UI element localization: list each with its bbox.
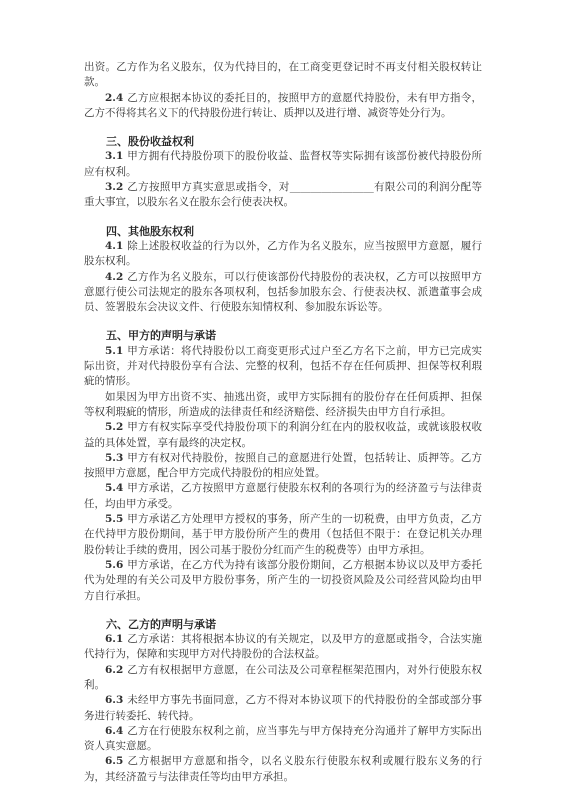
paragraph-continuation-2-3: 出资。乙方作为名义股东，仅为代持目的，在工商变更登记时不再支付相关股权转让款。 [84,60,482,91]
clause-5-6-number: 5.6 [105,559,123,571]
clause-6-5: 6.5乙方根据甲方意愿和指令，以名义股东行使股东权利或履行股东义务的行为，其经济… [84,754,482,785]
clause-6-3-number: 6.3 [105,694,123,706]
clause-5-6: 5.6甲方承诺，在乙方代为持有该部分股份期间，乙方根据本协议以及甲方委托代为处理… [84,558,482,604]
clause-2-4-number: 2.4 [105,92,123,104]
clause-5-1: 5.1甲方承诺：将代持股份以工商变更形式过户至乙方名下之前，甲方已完成实际出资，… [84,344,482,390]
clause-6-2-number: 6.2 [105,664,123,676]
clause-6-1-number: 6.1 [105,633,123,645]
clause-5-3-number: 5.3 [105,452,123,464]
clause-3-2-number: 3.2 [105,181,123,193]
clause-5-4-text: 甲方承诺，乙方按照甲方意愿行使股东权利的各项行为的经济盈亏与法律责任，均由甲方承… [84,482,482,509]
clause-6-5-number: 6.5 [105,755,123,767]
section-heading-5-party-a-declarations: 五、甲方的声明与承诺 [84,328,482,343]
clause-4-1: 4.1除上述股权收益的行为以外，乙方作为名义股东，应当按照甲方意愿，履行股东权利… [84,239,482,270]
clause-6-4-text: 乙方在行使股东权利之前，应当事先与甲方保持充分沟通并了解甲方实际出资人真实意愿。 [84,725,482,752]
clause-6-3-text: 未经甲方事先书面同意，乙方不得对本协议项下的代持股份的全部或部分事务进行转委托、… [84,694,482,721]
clause-5-5-number: 5.5 [105,513,123,525]
clause-6-5-text: 乙方根据甲方意愿和指令，以名义股东行使股东权利或履行股东义务的行为，其经济盈亏与… [84,755,482,782]
paragraph-5-1-supplement: 如果因为甲方出资不实、抽逃出资，或甲方实际拥有的股份存在任何质押、担保等权利瑕疵… [84,390,482,421]
clause-4-2-text: 乙方作为名义股东，可以行使该部份代持股份的表决权，乙方可以按照甲方意愿行使公司法… [84,271,482,314]
clause-3-1-number: 3.1 [105,150,123,162]
clause-6-1: 6.1乙方承诺：其将根据本协议的有关规定，以及甲方的意愿或指令，合法实施代持行为… [84,632,482,663]
clause-5-1-number: 5.1 [105,345,123,357]
clause-4-1-text: 除上述股权收益的行为以外，乙方作为名义股东，应当按照甲方意愿，履行股东权利。 [84,240,482,267]
clause-5-4: 5.4甲方承诺，乙方按照甲方意愿行使股东权利的各项行为的经济盈亏与法律责任，均由… [84,481,482,512]
contract-text-block: 出资。乙方作为名义股东，仅为代持目的，在工商变更登记时不再支付相关股权转让款。 … [84,60,482,785]
clause-4-2-number: 4.2 [105,271,123,283]
clause-5-4-number: 5.4 [105,482,123,494]
clause-3-2-with-company-name-blank: 3.2乙方按照甲方真实意思或指令，对________________有限公司的利… [84,180,482,211]
clause-2-4-text: 乙方应根据本协议的委托目的，按照甲方的意愿代持股份，未有甲方指令，乙方不得将其名… [84,92,482,119]
clause-5-6-text: 甲方承诺，在乙方代为持有该部分股份期间，乙方根据本协议以及甲方委托代为处理的有关… [84,559,482,602]
clause-3-2-text: 乙方按照甲方真实意思或指令，对________________有限公司的利润分配… [84,181,482,208]
section-heading-6-party-b-declarations: 六、乙方的声明与承诺 [84,617,482,632]
clause-5-2-text: 甲方有权实际享受代持股份项下的利润分红在内的股权收益，或就该股权收益的具体处置，… [84,421,482,448]
clause-3-1-text: 甲方拥有代持股份项下的股份收益、监督权等实际拥有该部份被代持股份所应有权利。 [84,150,482,177]
clause-5-5-text: 甲方承诺乙方处理甲方授权的事务，所产生的一切税费，由甲方负责，乙方在代持甲方股份… [84,513,482,556]
clause-5-1-text: 甲方承诺：将代持股份以工商变更形式过户至乙方名下之前，甲方已完成实际出资，并对代… [84,345,482,388]
clause-4-1-number: 4.1 [105,240,123,252]
clause-6-2-text: 乙方有权根据甲方意愿，在公司法及公司章程框架范围内，对外行使股东权利。 [84,664,482,691]
clause-4-2: 4.2乙方作为名义股东，可以行使该部份代持股份的表决权，乙方可以按照甲方意愿行使… [84,270,482,316]
document-page: 出资。乙方作为名义股东，仅为代持目的，在工商变更登记时不再支付相关股权转让款。 … [0,0,566,800]
clause-5-5: 5.5甲方承诺乙方处理甲方授权的事务，所产生的一切税费，由甲方负责，乙方在代持甲… [84,512,482,558]
clause-5-3: 5.3甲方有权对代持股份，按照自己的意愿进行处置，包括转让、质押等。乙方按照甲方… [84,451,482,482]
section-heading-3-share-income-rights: 三、股份收益权利 [84,134,482,149]
clause-6-2: 6.2乙方有权根据甲方意愿，在公司法及公司章程框架范围内，对外行使股东权利。 [84,663,482,694]
clause-6-4: 6.4乙方在行使股东权利之前，应当事先与甲方保持充分沟通并了解甲方实际出资人真实… [84,724,482,755]
clause-6-3: 6.3未经甲方事先书面同意，乙方不得对本协议项下的代持股份的全部或部分事务进行转… [84,693,482,724]
clause-2-4: 2.4乙方应根据本协议的委托目的，按照甲方的意愿代持股份，未有甲方指令，乙方不得… [84,91,482,122]
clause-3-1: 3.1甲方拥有代持股份项下的股份收益、监督权等实际拥有该部份被代持股份所应有权利… [84,149,482,180]
clause-5-3-text: 甲方有权对代持股份，按照自己的意愿进行处置，包括转让、质押等。乙方按照甲方意愿，… [84,452,482,479]
section-heading-4-other-shareholder-rights: 四、其他股东权利 [84,224,482,239]
clause-6-4-number: 6.4 [105,725,123,737]
clause-5-2: 5.2甲方有权实际享受代持股份项下的利润分红在内的股权收益，或就该股权收益的具体… [84,420,482,451]
clause-6-1-text: 乙方承诺：其将根据本协议的有关规定，以及甲方的意愿或指令，合法实施代持行为，保障… [84,633,482,660]
clause-5-2-number: 5.2 [105,421,123,433]
